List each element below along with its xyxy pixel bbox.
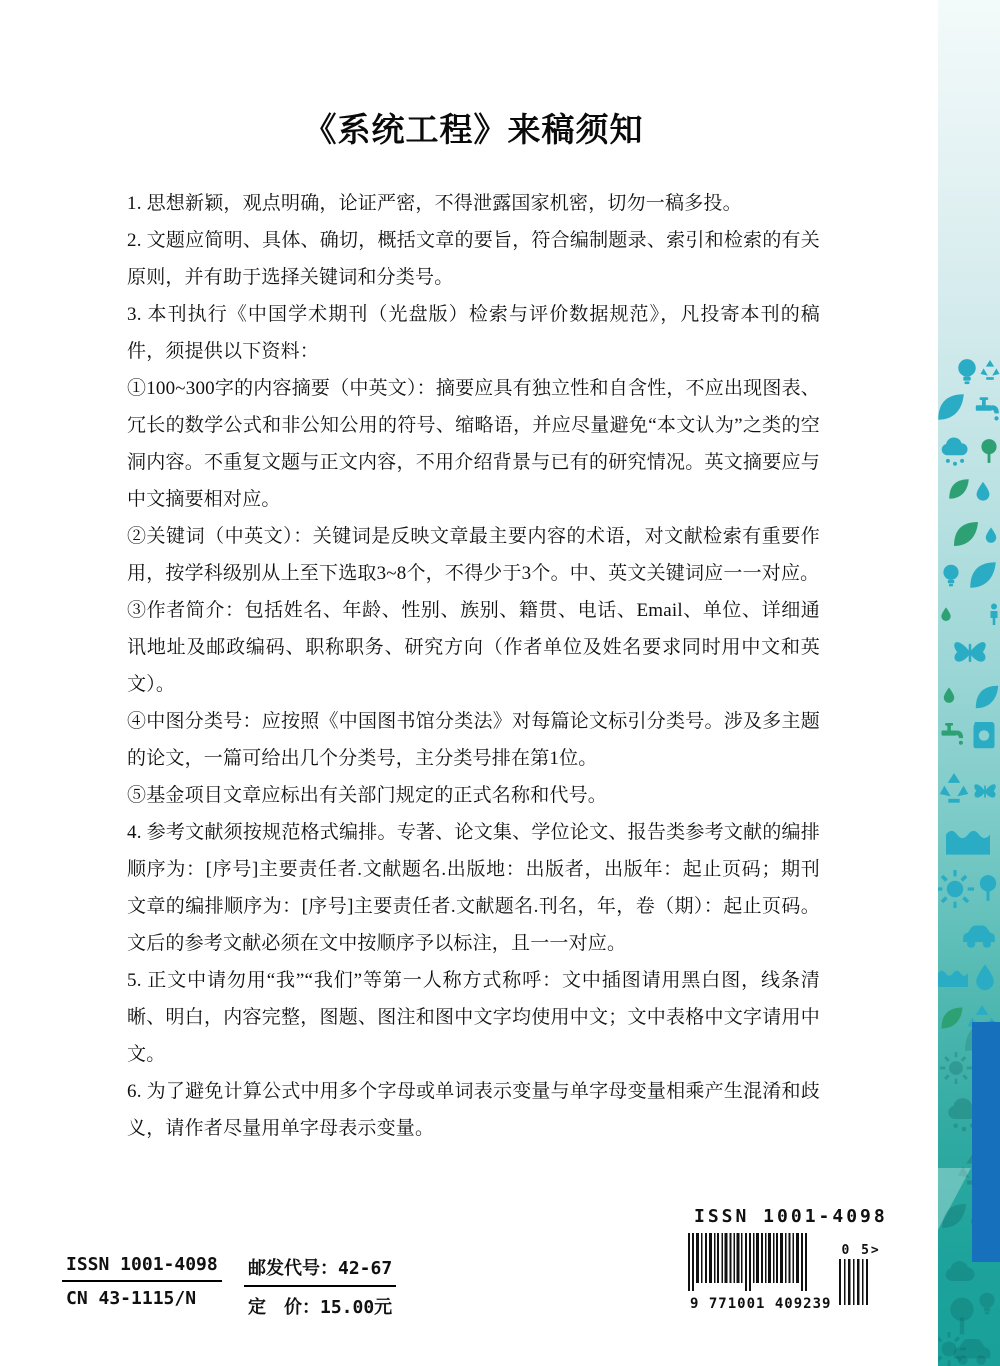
butterfly-icon [954, 642, 985, 662]
leaf-icon [976, 686, 999, 709]
car-icon [954, 1339, 991, 1365]
leaf-icon [949, 479, 969, 499]
guideline-paragraph: ⑤基金项目文章应标出有关部门规定的正式名称和代号。 [127, 777, 820, 814]
guideline-paragraph: 5. 正文中请勿用“我”“我们”等第一人称方式称呼：文中插图请用黑白图，线条清晰… [127, 962, 820, 1073]
barcode-addon: 0 5> [839, 1243, 880, 1310]
issn-label: ISSN 1001-4098 [62, 1254, 222, 1282]
recycle-icon [940, 773, 969, 803]
water-drop-icon [944, 688, 955, 703]
water-drop-icon [977, 482, 990, 501]
guideline-paragraph: ②关键词（中英文）：关键词是反映文章最主要内容的术语，对文献检索有重要作用，按学… [127, 518, 820, 592]
guidelines-list: 1. 思想新颖，观点明确，论证严密，不得泄露国家机密，切勿一稿多投。2. 文题应… [127, 185, 820, 1147]
water-drop-icon [941, 607, 950, 621]
person-icon [991, 604, 998, 626]
strip-glint-highlight [938, 1168, 976, 1242]
leaf-icon [938, 394, 964, 420]
guidelines-content: 《系统工程》来稿须知 1. 思想新颖，观点明确，论证严密，不得泄露国家机密，切勿… [127, 0, 820, 1147]
fuel-can-icon [974, 722, 995, 748]
guideline-paragraph: 4. 参考文献须按规范格式编排。专著、论文集、学位论文、报告类参考文献的编排顺序… [127, 814, 820, 962]
tree-icon [981, 439, 996, 463]
guideline-paragraph: 2. 文题应简明、具体、确切，概括文章的要旨，符合编制题录、索引和检索的有关原则… [127, 222, 820, 296]
water-drop-icon [986, 528, 997, 543]
journal-back-cover: 《系统工程》来稿须知 1. 思想新颖，观点明确，论证严密，不得泄露国家机密，切勿… [0, 0, 1000, 1366]
guideline-paragraph: ③作者简介：包括姓名、年龄、性别、族别、籍贯、电话、Email、单位、详细通讯地… [127, 592, 820, 703]
car-icon [963, 926, 995, 948]
postal-code-label: 邮发代号：42-67 [244, 1254, 396, 1287]
barcode-addon-bars [839, 1259, 873, 1305]
issn-cn-block: ISSN 1001-4098 CN 43-1115/N [62, 1254, 222, 1309]
rain-cloud-icon [942, 437, 968, 465]
sun-icon [940, 1052, 972, 1084]
page-title: 《系统工程》来稿须知 [127, 104, 820, 151]
faucet-icon [942, 723, 964, 745]
light-bulb-icon [958, 359, 976, 384]
barcode-bars [688, 1233, 810, 1295]
postal-price-block: 邮发代号：42-67 定 价：15.00元 [244, 1254, 396, 1319]
guideline-paragraph: 3. 本刊执行《中国学术期刊（光盘版）检索与评价数据规范》，凡投寄本刊的稿件，须… [127, 296, 820, 370]
price-label: 定 价：15.00元 [244, 1287, 396, 1319]
cloud-icon [946, 1261, 975, 1281]
guideline-paragraph: 1. 思想新颖，观点明确，论证严密，不得泄露国家机密，切勿一稿多投。 [127, 185, 820, 222]
butterfly-icon [974, 784, 995, 798]
barcode-main: 9 771001 409239 [688, 1233, 831, 1312]
issn-barcode-block: ISSN 1001-4098 [688, 1206, 884, 1312]
blue-accent-rectangle [972, 1022, 1000, 1262]
barcode-issn-text: ISSN 1001-4098 [694, 1206, 884, 1227]
light-bulb-icon [979, 1293, 994, 1315]
tree-icon [950, 1298, 973, 1335]
faucet-icon [976, 397, 999, 420]
wave-icon [938, 971, 968, 987]
sun-icon [938, 870, 974, 908]
light-bulb-icon [943, 565, 958, 587]
tree-icon [980, 875, 996, 901]
barcode-addon-text: 0 5> [841, 1243, 880, 1258]
recycle-icon [981, 360, 1000, 380]
barcode-digits: 9 771001 409239 [690, 1296, 831, 1312]
leaf-icon [942, 1008, 963, 1029]
eco-gradient-strip [938, 0, 1000, 1366]
leaf-icon [970, 562, 996, 588]
guideline-paragraph: 6. 为了避免计算公式中用多个字母或单词表示变量与单字母变量相乘产生混淆和歧义，… [127, 1073, 820, 1147]
cn-label: CN 43-1115/N [62, 1282, 222, 1309]
leaf-icon [954, 522, 978, 546]
guideline-paragraph: ④中图分类号：应按照《中国图书馆分类法》对每篇论文标引分类号。涉及多主题的论文，… [127, 703, 820, 777]
wave-icon [946, 831, 990, 855]
guideline-paragraph: ①100~300字的内容摘要（中英文）：摘要应具有独立性和自含性，不应出现图表、… [127, 370, 820, 518]
water-drop-icon [976, 965, 994, 991]
